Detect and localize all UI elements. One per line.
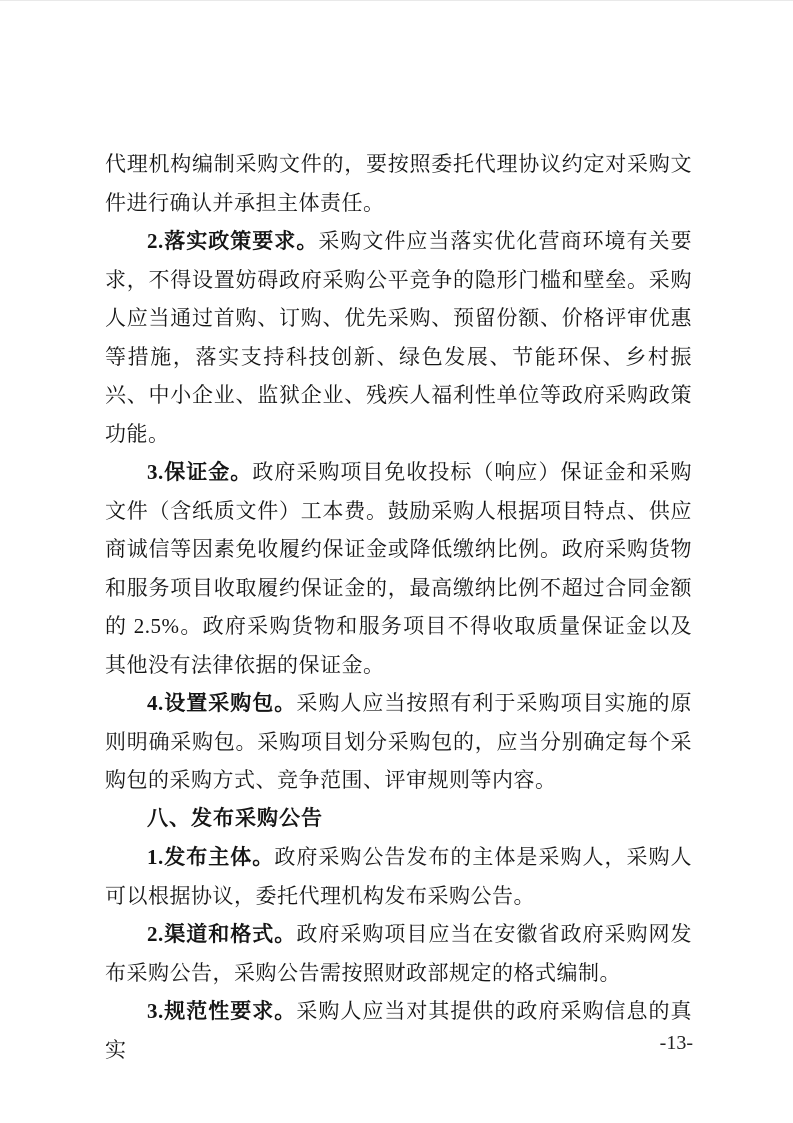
paragraph-continuation: 代理机构编制采购文件的，要按照委托代理协议约定对采购文件进行确认并承担主体责任。: [105, 145, 692, 222]
document-page: 代理机构编制采购文件的，要按照委托代理协议约定对采购文件进行确认并承担主体责任。…: [0, 0, 793, 1123]
paragraph-lead: 2.落实政策要求。: [147, 229, 318, 253]
paragraph-deposit: 3.保证金。政府采购项目免收投标（响应）保证金和采购文件（含纸质文件）工本费。鼓…: [105, 453, 692, 684]
paragraph-lead: 1.发布主体。: [147, 845, 274, 869]
paragraph-text: 政府采购项目免收投标（响应）保证金和采购文件（含纸质文件）工本费。鼓励采购人根据…: [105, 460, 692, 677]
paragraph-text: 代理机构编制采购文件的，要按照委托代理协议约定对采购文件进行确认并承担主体责任。: [105, 152, 692, 215]
paragraph-text: 采购文件应当落实优化营商环境有关要求，不得设置妨碍政府采购公平竞争的隐形门槛和壁…: [105, 229, 692, 446]
paragraph-procurement-package: 4.设置采购包。采购人应当按照有利于采购项目实施的原则明确采购包。采购项目划分采…: [105, 684, 692, 800]
section-heading: 八、发布采购公告: [105, 800, 692, 839]
document-text-block: 代理机构编制采购文件的，要按照委托代理协议约定对采购文件进行确认并承担主体责任。…: [105, 145, 692, 1069]
paragraph-lead: 3.保证金。: [147, 460, 252, 484]
paragraph-policy-requirements: 2.落实政策要求。采购文件应当落实优化营商环境有关要求，不得设置妨碍政府采购公平…: [105, 222, 692, 453]
paragraph-lead: 4.设置采购包。: [147, 691, 296, 715]
paragraph-channel-format: 2.渠道和格式。政府采购项目应当在安徽省政府采购网发布采购公告，采购公告需按照财…: [105, 915, 692, 992]
paragraph-lead: 3.规范性要求。: [147, 999, 296, 1023]
paragraph-publishing-subject: 1.发布主体。政府采购公告发布的主体是采购人，采购人可以根据协议，委托代理机构发…: [105, 838, 692, 915]
page-number: -13-: [660, 1029, 693, 1057]
paragraph-lead: 2.渠道和格式。: [147, 922, 296, 946]
paragraph-normative-requirements: 3.规范性要求。采购人应当对其提供的政府采购信息的真实: [105, 992, 692, 1069]
